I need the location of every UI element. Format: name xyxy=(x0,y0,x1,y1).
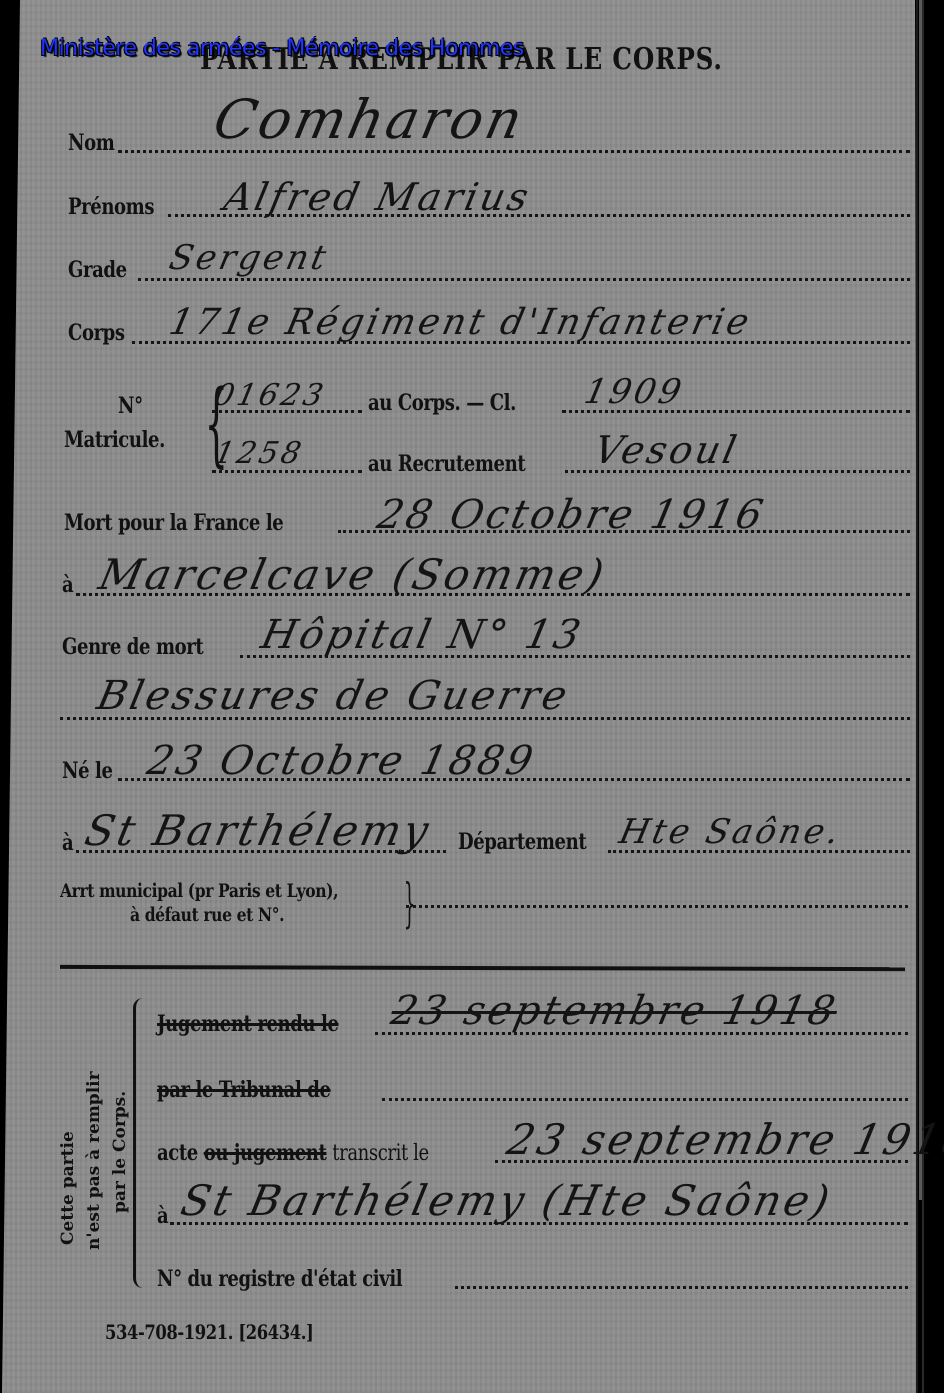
side-note-2: n'est pas à remplir xyxy=(81,1071,107,1250)
label-nom: Nom xyxy=(68,130,114,156)
label-departement: Département xyxy=(458,829,586,855)
dotted-line xyxy=(138,278,910,281)
label-corps: Corps xyxy=(68,320,125,346)
label-au-recrutement: au Recrutement xyxy=(368,451,525,477)
label-jugement: Jugement rendu le xyxy=(157,1011,339,1037)
value-lieu-acte: St Barthélemy (Hte Saône) xyxy=(177,1176,837,1225)
label-grade: Grade xyxy=(68,257,127,283)
label-prenoms: Prénoms xyxy=(68,194,154,220)
label-matricule: Matricule. xyxy=(64,427,165,453)
value-grade: Sergent xyxy=(166,238,333,278)
value-prenoms: Alfred Marius xyxy=(220,175,535,219)
value-matricule-corps: 01623 xyxy=(211,378,329,413)
brace: } xyxy=(404,876,416,932)
brace xyxy=(133,998,144,1288)
label-au-corps: au Corps. — Cl. xyxy=(368,390,516,416)
label-a: à xyxy=(62,572,73,598)
value-lieu-mort: Marcelcave (Somme) xyxy=(95,550,611,599)
value-classe: 1909 xyxy=(581,372,688,412)
dotted-line xyxy=(406,905,908,908)
side-note-3: par le Corps. xyxy=(107,1091,133,1213)
value-matricule-recrutement: 1258 xyxy=(211,436,307,471)
edge-border xyxy=(922,0,924,1393)
value-lieu-naissance: St Barthélemy xyxy=(81,806,436,855)
value-mort: 28 Octobre 1916 xyxy=(373,492,770,538)
dotted-line xyxy=(455,1286,908,1289)
label-tribunal: par le Tribunal de xyxy=(157,1077,331,1103)
watermark: Ministère des armées - Mémoire des Homme… xyxy=(40,36,524,61)
label-a: à xyxy=(157,1203,168,1229)
value-nom: Comharon xyxy=(208,88,531,151)
side-note-1: Cette partie xyxy=(55,1131,81,1245)
label-mort: Mort pour la France le xyxy=(64,510,283,536)
value-genre-mort: Hôpital N° 13 xyxy=(257,612,587,658)
label-registre: N° du registre d'état civil xyxy=(157,1266,402,1292)
form-reference: 534-708-1921. [26434.] xyxy=(105,1320,313,1344)
label-acte: acte ou jugement transcrit le xyxy=(157,1140,429,1166)
value-corps: 171e Régiment d'Infanterie xyxy=(166,302,756,343)
value-ne-le: 23 Octobre 1889 xyxy=(143,738,540,784)
label-arrondissement-2: à défaut rue et N°. xyxy=(130,904,284,926)
label-genre-mort: Genre de mort xyxy=(62,634,203,660)
label-ne-le: Né le xyxy=(62,758,113,784)
label-no: N° xyxy=(118,393,143,419)
value-genre-mort-2: Blessures de Guerre xyxy=(93,673,574,719)
label-a: à xyxy=(62,830,73,856)
value-departement: Hte Saône. xyxy=(616,812,846,852)
value-acte: 23 septembre 1918 xyxy=(503,1115,944,1164)
dotted-line xyxy=(382,1098,908,1101)
label-arrondissement: Arrt municipal (pr Paris et Lyon), xyxy=(60,880,338,902)
value-jugement: 23 septembre 1918 xyxy=(387,988,842,1034)
value-recrutement-lieu: Vesoul xyxy=(590,428,743,472)
edge-border xyxy=(916,0,918,1393)
